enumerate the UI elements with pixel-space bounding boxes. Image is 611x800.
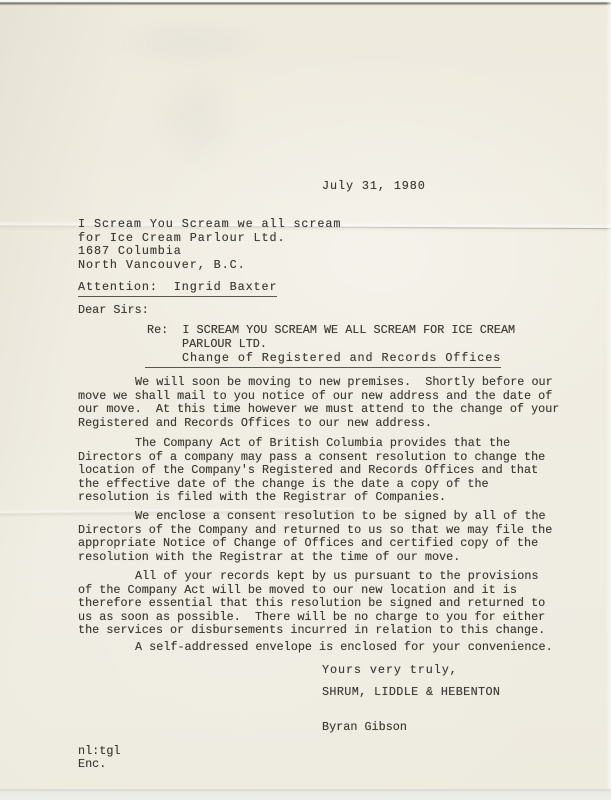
letterhead-bleedthrough-ghost xyxy=(150,65,245,175)
firm-name: SHRUM, LIDDLE & HEBENTON xyxy=(322,686,500,700)
letter-date: July 31, 1980 xyxy=(322,180,426,194)
body-paragraph-1: We will soon be moving to new premises. … xyxy=(78,376,559,430)
scan-top-edge xyxy=(0,0,611,6)
recipient-address: I Scream You Scream we all scream for Ic… xyxy=(78,218,341,272)
body-paragraph-2: The Company Act of British Columbia prov… xyxy=(78,437,545,505)
enclosure-note: Enc. xyxy=(78,758,106,772)
body-paragraph-5: A self-addressed envelope is enclosed fo… xyxy=(78,641,553,655)
subject-line-1: Re: I SCREAM YOU SCREAM WE ALL SCREAM FO… xyxy=(147,324,515,338)
scanned-letter-page: July 31, 1980 I Scream You Scream we all… xyxy=(0,0,611,800)
scan-right-edge xyxy=(606,0,611,800)
scan-bottom-edge xyxy=(0,789,611,800)
attention-line: Attention: Ingrid Baxter xyxy=(78,281,277,297)
salutation: Dear Sirs: xyxy=(78,304,149,318)
subject-line-3: Change of Registered and Records Offices xyxy=(145,352,501,368)
signer-name: Byran Gibson xyxy=(322,721,407,735)
closing-line: Yours very truly, xyxy=(322,664,458,678)
body-paragraph-4: All of your records kept by us pursuant … xyxy=(78,570,545,638)
subject-line-2: PARLOUR LTD. xyxy=(182,338,267,352)
body-paragraph-3: We enclose a consent resolution to be si… xyxy=(78,510,552,564)
letterhead-bleedthrough-ghost xyxy=(105,15,275,70)
